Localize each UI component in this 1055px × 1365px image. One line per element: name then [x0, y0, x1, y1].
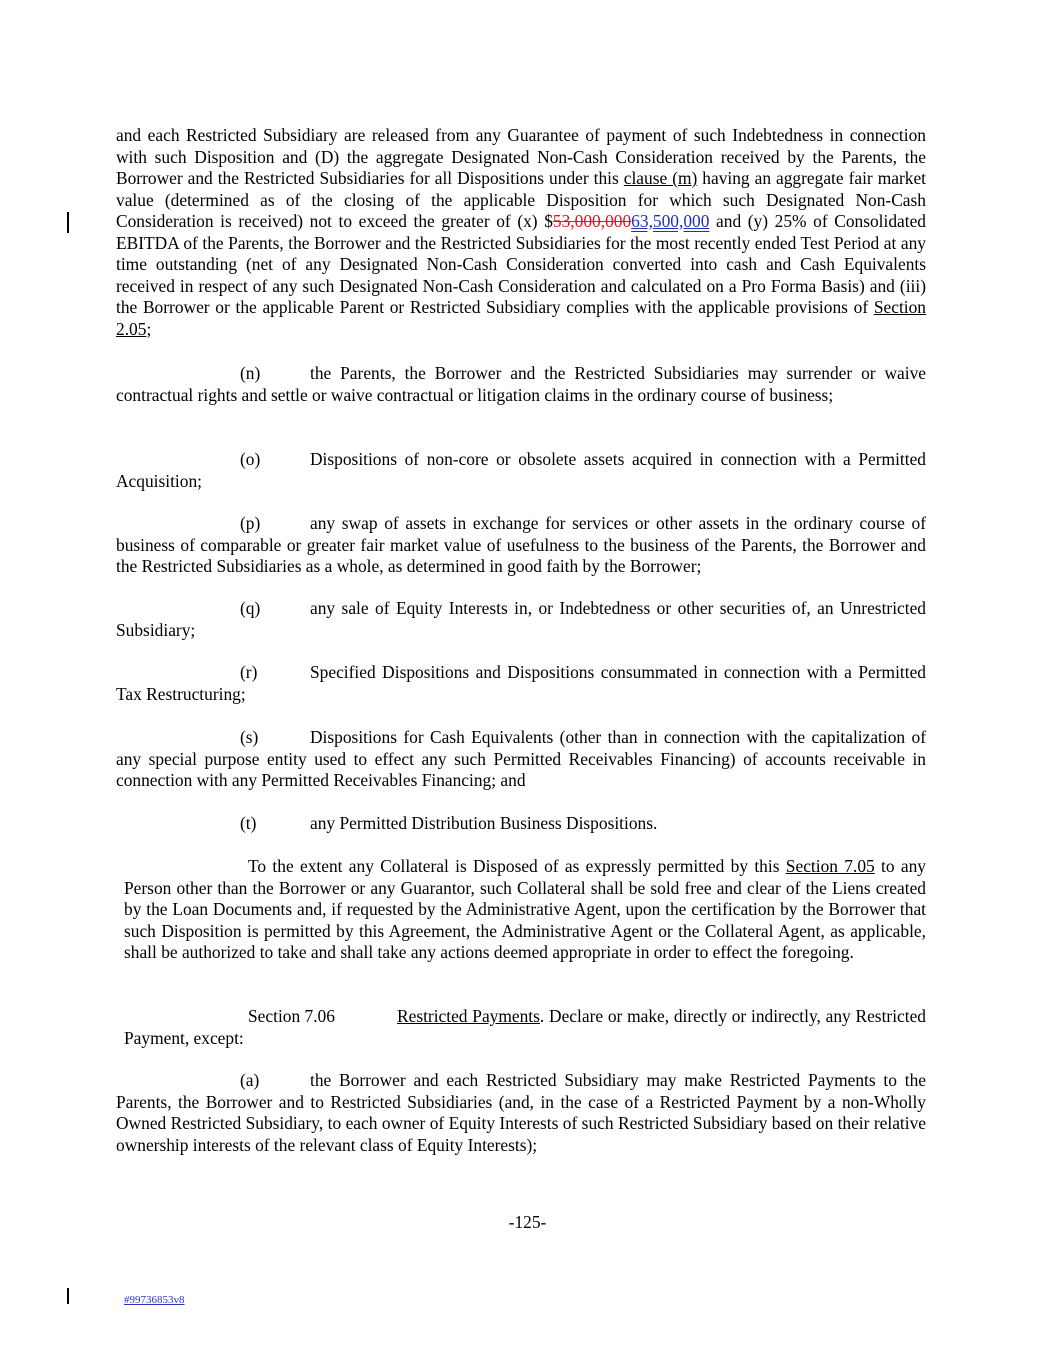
clause-m-continuation: and each Restricted Subsidiary are relea… [116, 125, 926, 340]
section-7-06-heading: Section 7.06Restricted Payments. Declare… [124, 1006, 926, 1049]
section-title: Restricted Payments [397, 1006, 540, 1026]
clause-r: (r)Specified Dispositions and Dispositio… [116, 662, 926, 705]
clause-q: (q)any sale of Equity Interests in, or I… [116, 598, 926, 641]
clause-o: (o)Dispositions of non-core or obsolete … [116, 449, 926, 492]
document-page: and each Restricted Subsidiary are relea… [0, 0, 1055, 1365]
clause-label: (o) [240, 449, 310, 471]
clause-n: (n)the Parents, the Borrower and the Res… [116, 363, 926, 406]
deleted-amount: 53,000,000 [553, 211, 631, 231]
clause-m-reference: clause (m) [624, 168, 698, 188]
clause-label: (p) [240, 513, 310, 535]
clause-a: (a)the Borrower and each Restricted Subs… [116, 1070, 926, 1156]
collateral-paragraph: To the extent any Collateral is Disposed… [124, 856, 926, 964]
footer-change-bar [67, 1288, 69, 1304]
change-bar [67, 212, 69, 233]
clause-t: (t)any Permitted Distribution Business D… [116, 813, 926, 835]
clause-label: (t) [240, 813, 310, 835]
clause-label: (r) [240, 662, 310, 684]
clause-label: (n) [240, 363, 310, 385]
clause-label: (s) [240, 727, 310, 749]
section-7-05-reference: Section 7.05 [786, 856, 875, 876]
document-id-link[interactable]: #99736853v8 [124, 1290, 185, 1312]
clause-p: (p)any swap of assets in exchange for se… [116, 513, 926, 578]
clause-label: (a) [240, 1070, 310, 1092]
clause-label: (q) [240, 598, 310, 620]
clause-s: (s)Dispositions for Cash Equivalents (ot… [116, 727, 926, 792]
page-number: -125- [0, 1212, 1055, 1234]
section-number: Section 7.06 [248, 1006, 397, 1028]
inserted-amount: 63,500,000 [631, 211, 709, 231]
